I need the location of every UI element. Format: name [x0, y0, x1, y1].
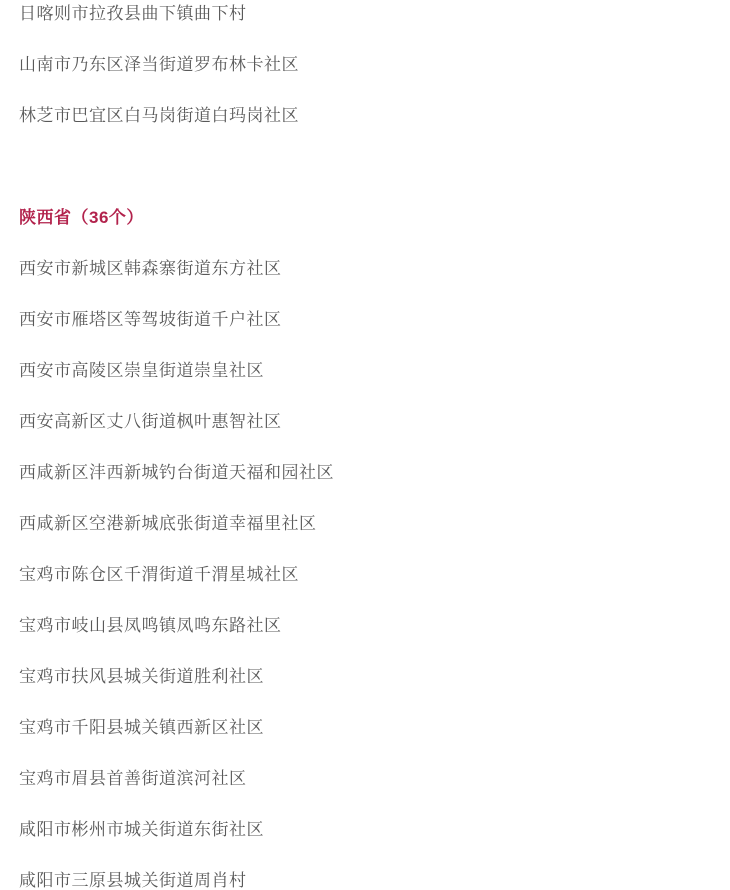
list-item: 宝鸡市扶风县城关街道胜利社区: [19, 663, 710, 690]
list-item: 日喀则市拉孜县曲下镇曲下村: [19, 0, 710, 27]
list-item: 林芝市巴宜区白马岗街道白玛岗社区: [19, 102, 710, 129]
list-item: 西咸新区空港新城底张街道幸福里社区: [19, 510, 710, 537]
article-body: 日喀则市拉孜县曲下镇曲下村 山南市乃东区泽当街道罗布林卡社区 林芝市巴宜区白马岗…: [0, 0, 730, 890]
section-heading: 陕西省（36个）: [19, 204, 710, 231]
list-item: 西安高新区丈八街道枫叶惠智社区: [19, 408, 710, 435]
list-item: 西咸新区沣西新城钓台街道天福和园社区: [19, 459, 710, 486]
list-item: 山南市乃东区泽当街道罗布林卡社区: [19, 51, 710, 78]
list-item: 西安市雁塔区等驾坡街道千户社区: [19, 306, 710, 333]
blank-line: [19, 153, 710, 180]
list-item: 宝鸡市眉县首善街道滨河社区: [19, 765, 710, 792]
list-item: 咸阳市三原县城关街道周肖村: [19, 867, 710, 890]
list-item: 宝鸡市陈仓区千渭街道千渭星城社区: [19, 561, 710, 588]
list-item: 咸阳市彬州市城关街道东街社区: [19, 816, 710, 843]
list-item: 西安市新城区韩森寨街道东方社区: [19, 255, 710, 282]
list-item: 西安市高陵区崇皇街道崇皇社区: [19, 357, 710, 384]
list-item: 宝鸡市岐山县凤鸣镇凤鸣东路社区: [19, 612, 710, 639]
list-item: 宝鸡市千阳县城关镇西新区社区: [19, 714, 710, 741]
